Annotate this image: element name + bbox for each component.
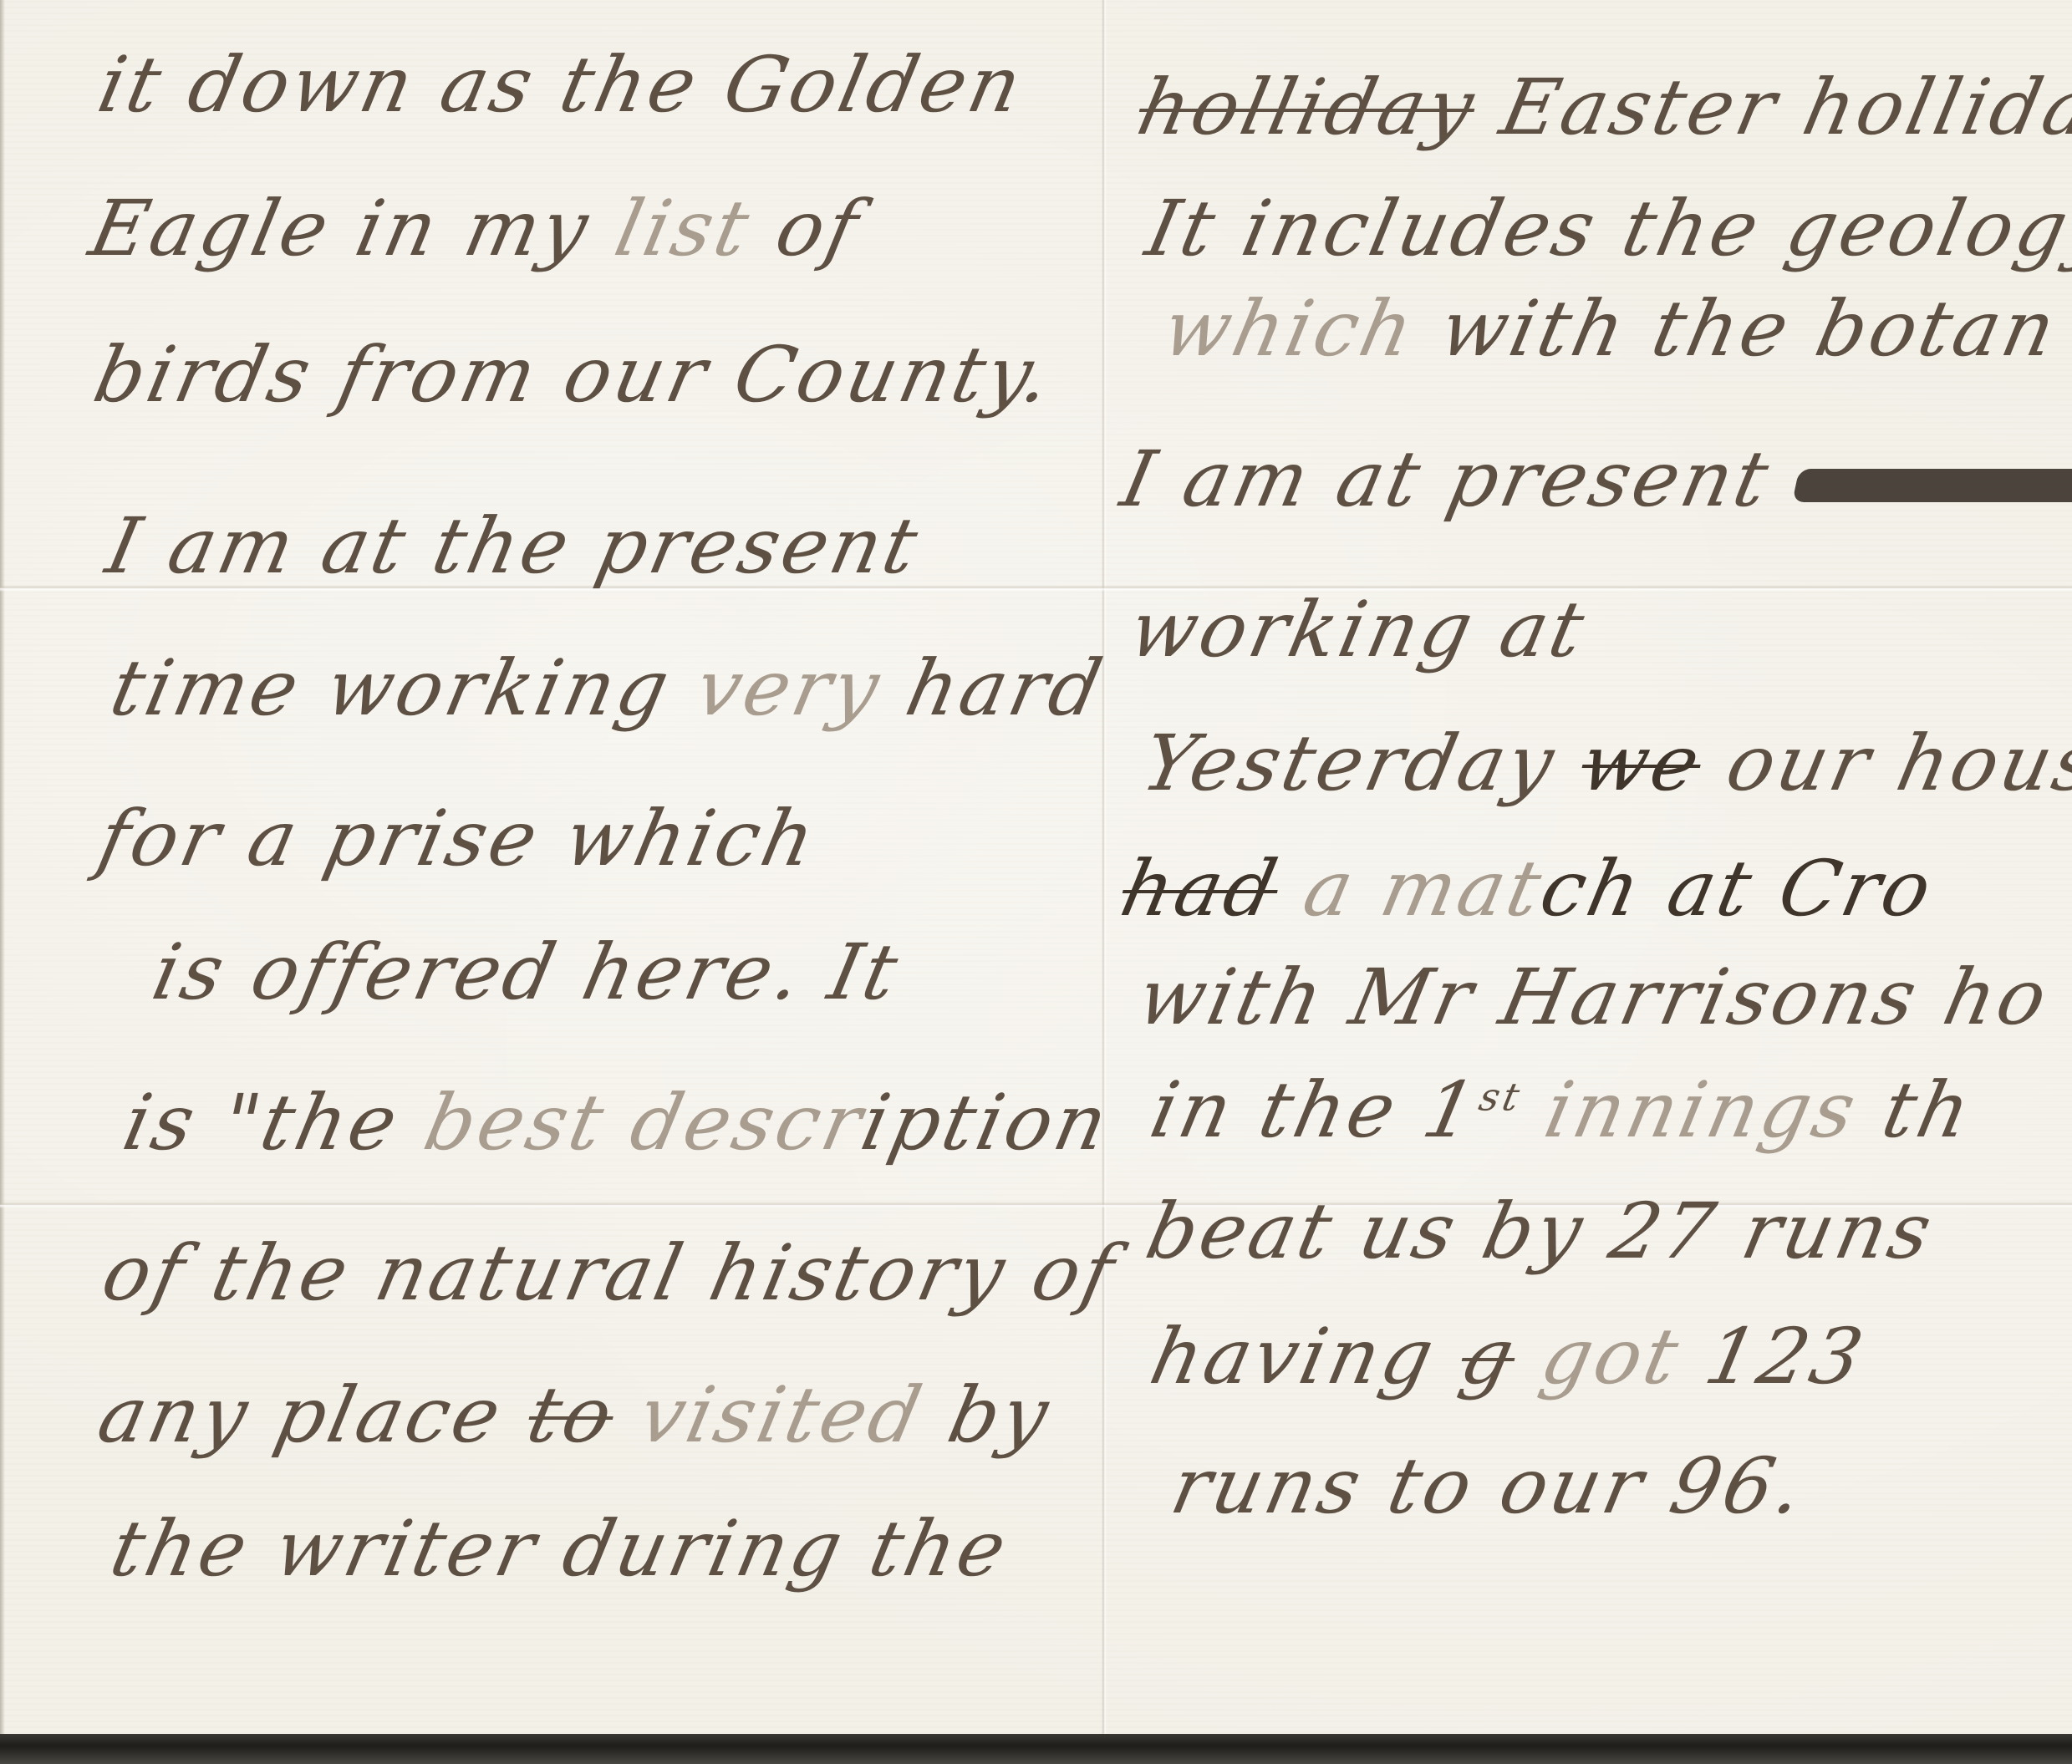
struck-word: holliday: [1131, 63, 1484, 152]
handwritten-line: any place to visited by: [91, 1370, 1060, 1460]
handwritten-line: of the natural history of: [95, 1228, 1125, 1318]
line-text: is offered here. It: [145, 928, 909, 1017]
line-text: 123: [1670, 1312, 1874, 1401]
handwritten-line: working at: [1123, 585, 1595, 674]
line-text: of: [741, 184, 868, 273]
struck-word: we: [1573, 719, 1710, 808]
line-text: iption: [854, 1078, 1118, 1167]
handwritten-line: had a match at Cro: [1114, 844, 1942, 933]
handwritten-line: it down as the Golden: [91, 40, 1032, 130]
handwritten-line: is offered here. It: [145, 928, 909, 1017]
handwritten-line: time working very hard: [104, 643, 1112, 733]
line-text: any place: [91, 1370, 539, 1460]
faint-ink-word: very: [689, 643, 890, 733]
faint-ink-word: best descr: [417, 1078, 873, 1167]
line-text: by: [913, 1370, 1059, 1460]
letter-sheet: it down as the Golden Eagle in my list o…: [0, 0, 2072, 1734]
line-text: time working: [104, 643, 708, 733]
handwritten-line: for a prise which: [91, 794, 826, 883]
line-text: Eagle in my: [83, 184, 627, 273]
line-text: ch at Cro: [1533, 844, 1942, 933]
handwritten-line: beat us by 27 runs: [1139, 1187, 1942, 1276]
line-text: of the natural history of: [95, 1228, 1125, 1318]
faint-ink-word: visited: [604, 1370, 932, 1460]
line-text: in the 1: [1143, 1065, 1487, 1155]
line-text: having: [1143, 1312, 1473, 1401]
line-text: with the botan: [1405, 284, 2066, 374]
handwritten-line: birds from our County.: [87, 330, 1061, 419]
faint-ink-word: which: [1156, 284, 1424, 374]
line-text: beat us by 27 runs: [1139, 1187, 1942, 1276]
line-text: birds from our County.: [87, 330, 1061, 419]
handwritten-line: runs to our 96.: [1164, 1441, 1814, 1531]
right-page: holliday Easter holliday It includes the…: [1107, 0, 2072, 1734]
handwritten-line: It includes the geology: [1139, 184, 2072, 273]
line-text: th: [1847, 1065, 1981, 1155]
handwritten-line: with Mr Harrisons ho: [1131, 953, 2058, 1042]
line-text: it down as the Golden: [91, 40, 1032, 130]
line-text: for a prise which: [91, 794, 826, 883]
line-text: I am at the present: [99, 501, 929, 591]
handwritten-line: I am at present geology: [1114, 435, 2072, 524]
scribbled-out-word: geology: [1793, 469, 2072, 502]
handwritten-line: in the 1st innings th: [1143, 1065, 1982, 1155]
faint-ink-word: list: [608, 184, 760, 273]
handwritten-line: which with the botan: [1156, 284, 2066, 374]
line-text: It includes the geology: [1139, 184, 2072, 273]
line-text: Yesterday: [1135, 719, 1593, 808]
line-text: runs to our 96.: [1164, 1441, 1814, 1531]
handwritten-line: I am at the present: [99, 501, 929, 591]
handwritten-line: having g got 123: [1143, 1312, 1874, 1401]
handwritten-line: is "the best description: [116, 1078, 1118, 1167]
struck-word: had: [1114, 844, 1288, 933]
line-text: hard: [871, 643, 1112, 733]
line-text: working at: [1123, 585, 1595, 674]
handwritten-line: Yesterday we our house: [1135, 719, 2072, 808]
handwritten-line: holliday Easter holliday: [1131, 63, 2072, 152]
handwritten-line: the writer during the: [104, 1504, 1017, 1594]
faint-ink-word: a mat: [1269, 844, 1552, 933]
line-text: Easter holliday: [1465, 63, 2072, 152]
scanner-background-strip: [0, 1734, 2072, 1764]
line-text: is "the: [116, 1078, 436, 1167]
left-page: it down as the Golden Eagle in my list o…: [0, 0, 1102, 1734]
faint-ink-word: got: [1505, 1312, 1688, 1401]
line-text: I am at present: [1114, 435, 1807, 524]
line-text: the writer during the: [104, 1504, 1017, 1594]
faint-ink-word: innings: [1509, 1065, 1866, 1155]
line-text: with Mr Harrisons ho: [1131, 953, 2058, 1042]
handwritten-line: Eagle in my list of: [83, 184, 869, 273]
line-text: our house: [1692, 719, 2072, 808]
